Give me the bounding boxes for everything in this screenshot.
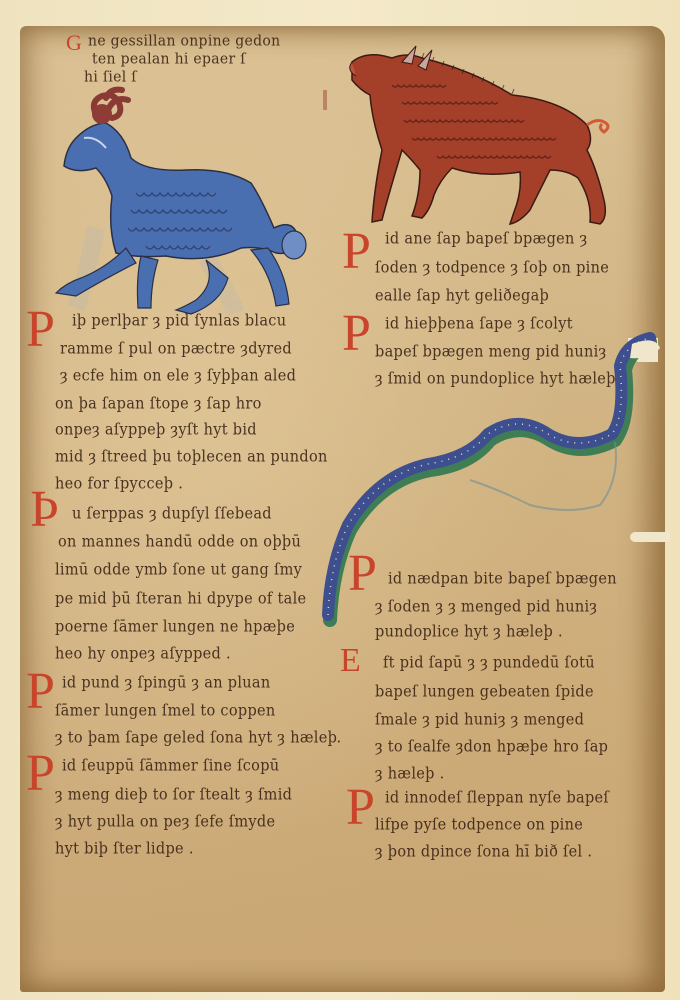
rubric-initial: P <box>26 748 55 800</box>
text-line: heo hy onpeȝ aſypped . <box>55 644 231 663</box>
header-initial: G <box>66 32 82 54</box>
text-line: ft pid ſapū ȝ ȝ pundedū ſotū <box>383 653 595 672</box>
text-line: id hieþþena ſape ȝ ſcolyt <box>385 314 573 333</box>
text-line: id innodeſ ſleppan nyſe bapeſ <box>385 788 609 807</box>
text-line: heo for ſpycceþ . <box>55 474 183 493</box>
rubric-initial: P <box>26 304 55 356</box>
text-line: bapeſ bpægen meng pid huniȝ <box>375 342 606 361</box>
boar-illustration <box>342 40 622 240</box>
text-line: onpeȝ aſyppeþ ȝyſt hyt bid <box>55 420 257 439</box>
text-line: ȝ hyt pulla on peȝ ſefe ſmyde <box>55 812 275 831</box>
text-line: poerne ſāmer lungen ne hpæþe <box>55 617 295 636</box>
text-line: ſoden ȝ todpence ȝ ſoþ on pine <box>375 258 609 277</box>
text-line: ramme ſ pul on pæctre ȝdyred <box>60 339 292 358</box>
text-line: ſmale ȝ pid huniȝ ȝ menged <box>375 710 584 729</box>
text-line: ealle ſap hyt geliðegaþ <box>375 286 549 305</box>
text-line: ȝ ſmid on pundoplice hyt hæleþ <box>375 369 616 388</box>
text-line: id pund ȝ ſpingū ȝ an pluan <box>62 673 271 692</box>
text-line: id ane ſap bapeſ bpægen ȝ <box>385 229 587 248</box>
red-margin-mark <box>323 90 327 110</box>
text-line: ȝ hæleþ . <box>375 764 445 783</box>
text-line: ȝ ecfe him on ele ȝ ſyþþan aled <box>60 366 296 385</box>
rubric-initial: P <box>342 308 371 360</box>
text-line: on þa ſapan ſtope ȝ ſap hro <box>55 394 262 413</box>
text-line: bapeſ lungen gebeaten ſpide <box>375 682 594 701</box>
text-line: ſāmer lungen ſmel to coppen <box>55 701 276 720</box>
rubric-initial: Þ <box>30 484 59 536</box>
text-line: ȝ ſoden ȝ ȝ menged pid huniȝ <box>375 597 597 616</box>
header-line: ne gessillan onpine gedon <box>88 31 280 50</box>
text-line: pe mid þū ſteran hi dpype of tale <box>55 589 306 608</box>
text-line: hyt biþ ſter lidpe . <box>55 839 194 858</box>
rubric-initial: P <box>26 666 55 718</box>
text-line: ȝ to þam ſape geled ſona hyt ȝ hæleþ. <box>55 728 341 747</box>
text-line: on mannes handū odde on oþþū <box>58 532 301 551</box>
text-line: iþ perlþar ȝ pid ſynlas blacu <box>72 311 286 330</box>
text-line: u ſerppas ȝ dupſyl ſſebead <box>72 504 272 523</box>
header-line: ten pealan hi epaer ſ <box>92 49 246 68</box>
ram-illustration <box>36 78 316 318</box>
rubric-initial: P <box>348 548 377 600</box>
text-line: limū odde ymb ſone ut gang ſmy <box>55 560 302 579</box>
text-line: pundoplice hyt ȝ hæleþ . <box>375 622 563 641</box>
text-line: ȝ þon dpince ſona hī bið ſel . <box>375 842 592 861</box>
text-line: ȝ meng dieþ to ſor ſtealt ȝ ſmid <box>55 785 292 804</box>
text-line: mid ȝ ſtreed þu toþlecen an pundon <box>55 447 328 466</box>
text-line: id ſeuppū ſāmmer ſine ſcopū <box>62 756 279 775</box>
text-line: ȝ to ſealfe ȝdon hpæþe hro ſap <box>375 737 608 756</box>
rubric-initial: P <box>342 226 371 278</box>
rubric-initial: P <box>346 782 375 834</box>
text-line: id nædpan bite bapeſ bpægen <box>388 569 617 588</box>
rubric-initial: E <box>340 644 361 678</box>
text-line: lifpe pyſe todpence on pine <box>375 815 583 834</box>
